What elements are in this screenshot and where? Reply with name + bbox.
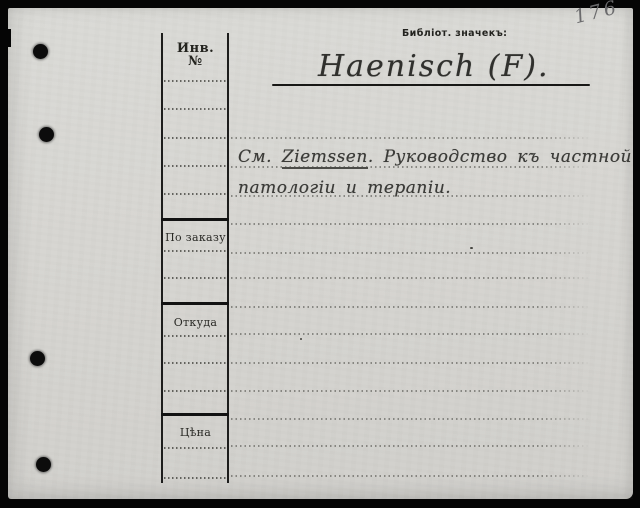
column-ruled-line <box>164 250 227 252</box>
ruled-line <box>231 445 591 447</box>
handwritten-note-line2: патологіи и терапіи. <box>238 178 451 198</box>
section-label-otkuda: Откуда <box>162 316 229 329</box>
column-divider <box>161 302 229 305</box>
column-ruled-line <box>164 80 227 82</box>
handwritten-note-line1: См. Ziemssen. Руководство къ частной <box>238 147 632 167</box>
column-ruled-line <box>164 477 227 479</box>
column-ruled-line <box>164 193 227 195</box>
scan-edge-notch <box>0 205 6 217</box>
library-stamp-label: Библіот. значекъ: <box>402 28 507 39</box>
column-ruled-line <box>164 390 227 392</box>
column-divider <box>161 218 229 221</box>
column-ruled-line <box>164 137 227 139</box>
column-ruled-line <box>164 362 227 364</box>
ruled-line <box>231 223 591 225</box>
scan-edge-notch <box>0 29 11 47</box>
ruled-line <box>231 137 591 139</box>
column-ruled-line <box>164 108 227 110</box>
note-title-text: . Руководство къ частной <box>368 147 632 167</box>
column-ruled-line <box>164 165 227 167</box>
section-label-tsena: Цѣна <box>162 426 229 439</box>
column-ruled-line <box>164 335 227 337</box>
ruled-line <box>231 362 591 364</box>
column-divider <box>161 413 229 416</box>
ruled-line <box>231 252 591 254</box>
ruled-line <box>231 277 591 279</box>
see-abbreviation: См. <box>238 147 272 167</box>
referenced-name: Ziemssen <box>282 147 368 169</box>
ruled-line <box>231 333 591 335</box>
dust-speck <box>300 338 302 340</box>
catalog-card-photo: Инв. № По заказу Откуда Цѣна Библіот. зн… <box>0 0 640 508</box>
punch-hole <box>30 351 45 366</box>
author-entry-handwriting: Haenisch (F). <box>318 49 550 84</box>
ruled-line <box>231 475 591 477</box>
ruled-line <box>231 418 591 420</box>
author-underline <box>272 84 590 86</box>
ruled-line <box>231 390 591 392</box>
column-ruled-line <box>164 277 227 279</box>
column-ruled-line <box>164 447 227 449</box>
punch-hole <box>33 44 48 59</box>
inventory-number-label: Инв. № <box>162 42 229 68</box>
ruled-line <box>231 306 591 308</box>
section-label-po-zakazu: По заказу <box>162 231 229 244</box>
punch-hole <box>39 127 54 142</box>
dust-speck <box>470 247 473 249</box>
inventory-label-line2: № <box>162 55 229 68</box>
punch-hole <box>36 457 51 472</box>
